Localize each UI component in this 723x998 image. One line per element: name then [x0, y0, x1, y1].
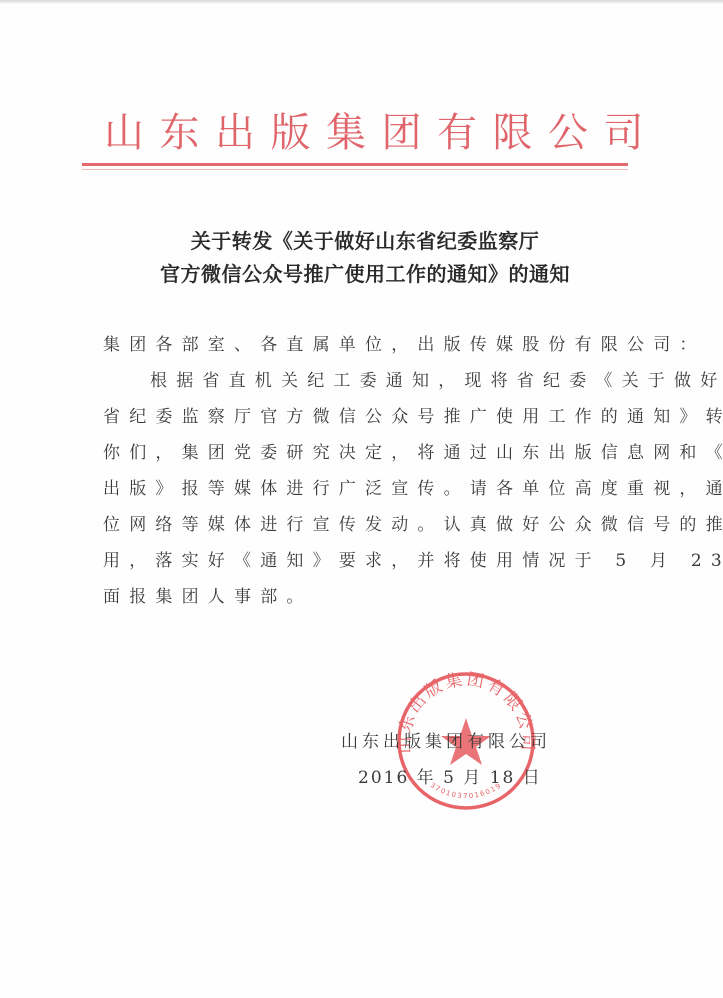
document-title-line-2: 官方微信公众号推广使用工作的通知》的通知	[100, 258, 630, 287]
document-page: 山东出版集团有限公司 关于转发《关于做好山东省纪委监察厅 官方微信公众号推广使用…	[0, 0, 723, 998]
salutation: 集团各部室、各直属单位，出版传媒股份有限公司：	[103, 333, 593, 357]
body-line: 你们，集团党委研究决定，将通过山东出版信息网和《山东	[103, 441, 593, 465]
masthead-rule-thin	[82, 169, 628, 170]
body-line: 面报集团人事部。	[103, 585, 593, 609]
scan-edge	[0, 0, 723, 4]
body-line: 用，落实好《通知》要求，并将使用情况于 5 月 23 日前书	[103, 549, 593, 573]
signature-date: 2016 年 5 月 18 日	[358, 763, 542, 788]
body-line: 出版》报等媒体进行广泛宣传。请各单位高度重视，通过单	[103, 477, 593, 501]
masthead-rule	[82, 163, 628, 166]
body-line: 根据省直机关纪工委通知，现将省纪委《关于做好山东	[150, 369, 593, 393]
document-title-line-1: 关于转发《关于做好山东省纪委监察厅	[100, 225, 630, 254]
signature-organization: 山东出版集团有限公司	[341, 727, 551, 752]
body-line: 省纪委监察厅官方微信公众号推广使用工作的通知》转发给	[103, 405, 593, 429]
masthead-title: 山东出版集团有限公司	[104, 108, 604, 158]
body-line: 位网络等媒体进行宣传发动。认真做好公众微信号的推广使	[103, 513, 593, 537]
